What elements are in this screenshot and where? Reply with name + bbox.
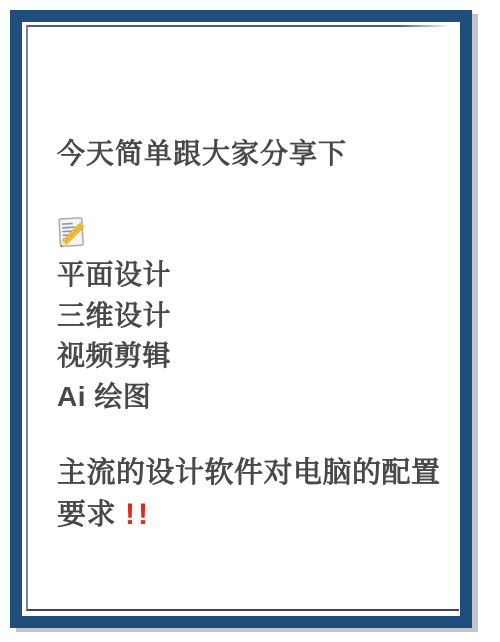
topic-item-3d-design: 三维设计	[57, 296, 171, 337]
conclusion-text: 主流的设计软件对电脑的配置 要求!!	[57, 453, 457, 536]
topic-list: 平面设计 三维设计 视频剪辑 Ai 绘图	[57, 255, 171, 417]
topic-item-video-editing: 视频剪辑	[57, 336, 171, 377]
memo-pencil-icon	[55, 216, 89, 250]
double-exclamation-icon: !!	[125, 498, 151, 531]
poster-canvas: 今天简单跟大家分享下 平面设计 三维设计 视频剪辑 Ai 绘图 主流的设计软件对…	[0, 0, 500, 642]
conclusion-line-2: 要求	[57, 499, 116, 531]
conclusion-line-1: 主流的设计软件对电脑的配置	[57, 457, 441, 489]
intro-text: 今天简单跟大家分享下	[57, 140, 347, 168]
topic-item-graphic-design: 平面设计	[57, 255, 171, 296]
topic-item-ai-drawing: Ai 绘图	[57, 377, 171, 418]
